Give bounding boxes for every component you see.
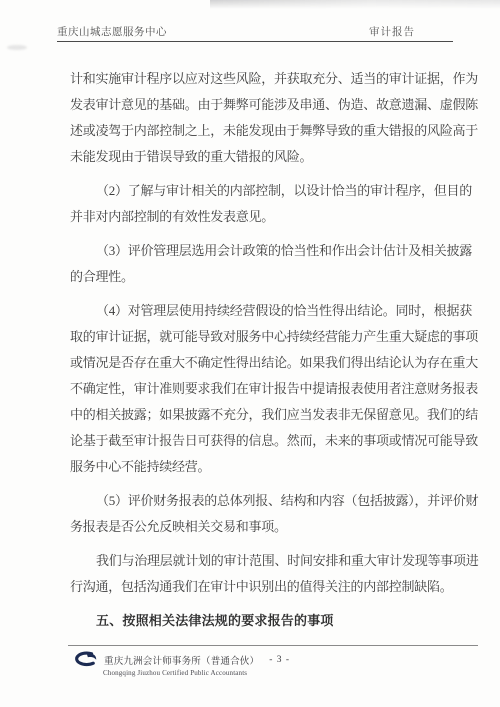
paragraph-item-2-internal-control: （2）了解与审计相关的内部控制，以设计恰当的审计程序，但目的 并非对内部控制的有…: [70, 178, 482, 230]
page-number: - 3 -: [269, 655, 290, 665]
paragraph-item-5-presentation: （5）评价财务报表的总体列报、结构和内容（包括披露），并评价财 务报表是否公允反…: [70, 488, 482, 540]
page-header: 重庆山城志愿服务中心 审计报告: [57, 24, 453, 42]
paragraph-item-3-accounting-policies: （3）评价管理层选用会计政策的恰当性和作出会计估计及相关披露 的合理性。: [70, 238, 482, 290]
section-heading-legal-requirements: 五、按照相关法律法规的要求报告的事项: [70, 608, 482, 634]
jiuzhou-swirl-logo-icon: [72, 651, 99, 668]
paragraph-item-4-going-concern: （4）对管理层使用持续经营假设的恰当性得出结论。同时，根据获 取的审计证据，就可…: [70, 298, 482, 480]
footer-firm-name-en: Chongqing Jiuzhou Certified Public Accou…: [103, 669, 452, 677]
paragraph-governance-communication: 我们与治理层就计划的审计范围、时间安排和重大审计发现等事项进 行沟通，包括沟通我…: [70, 548, 482, 600]
scan-shadow-artifact: [210, 0, 500, 9]
scan-smudge-artifact: [7, 45, 27, 50]
header-document-type: 审计报告: [369, 24, 453, 39]
footer-firm-name-cn: 重庆九洲会计师事务所（普通合伙）: [104, 653, 259, 667]
document-body: 计和实施审计程序以应对这些风险，并获取充分、适当的审计证据，作为 发表审计意见的…: [70, 66, 482, 634]
footer-divider: [68, 645, 478, 646]
paragraph-audit-procedures: 计和实施审计程序以应对这些风险，并获取充分、适当的审计证据，作为 发表审计意见的…: [70, 66, 482, 170]
header-organization-title: 重庆山城志愿服务中心: [57, 24, 167, 39]
page-footer: 重庆九洲会计师事务所（普通合伙） - 3 - Chongqing Jiuzhou…: [72, 651, 452, 677]
